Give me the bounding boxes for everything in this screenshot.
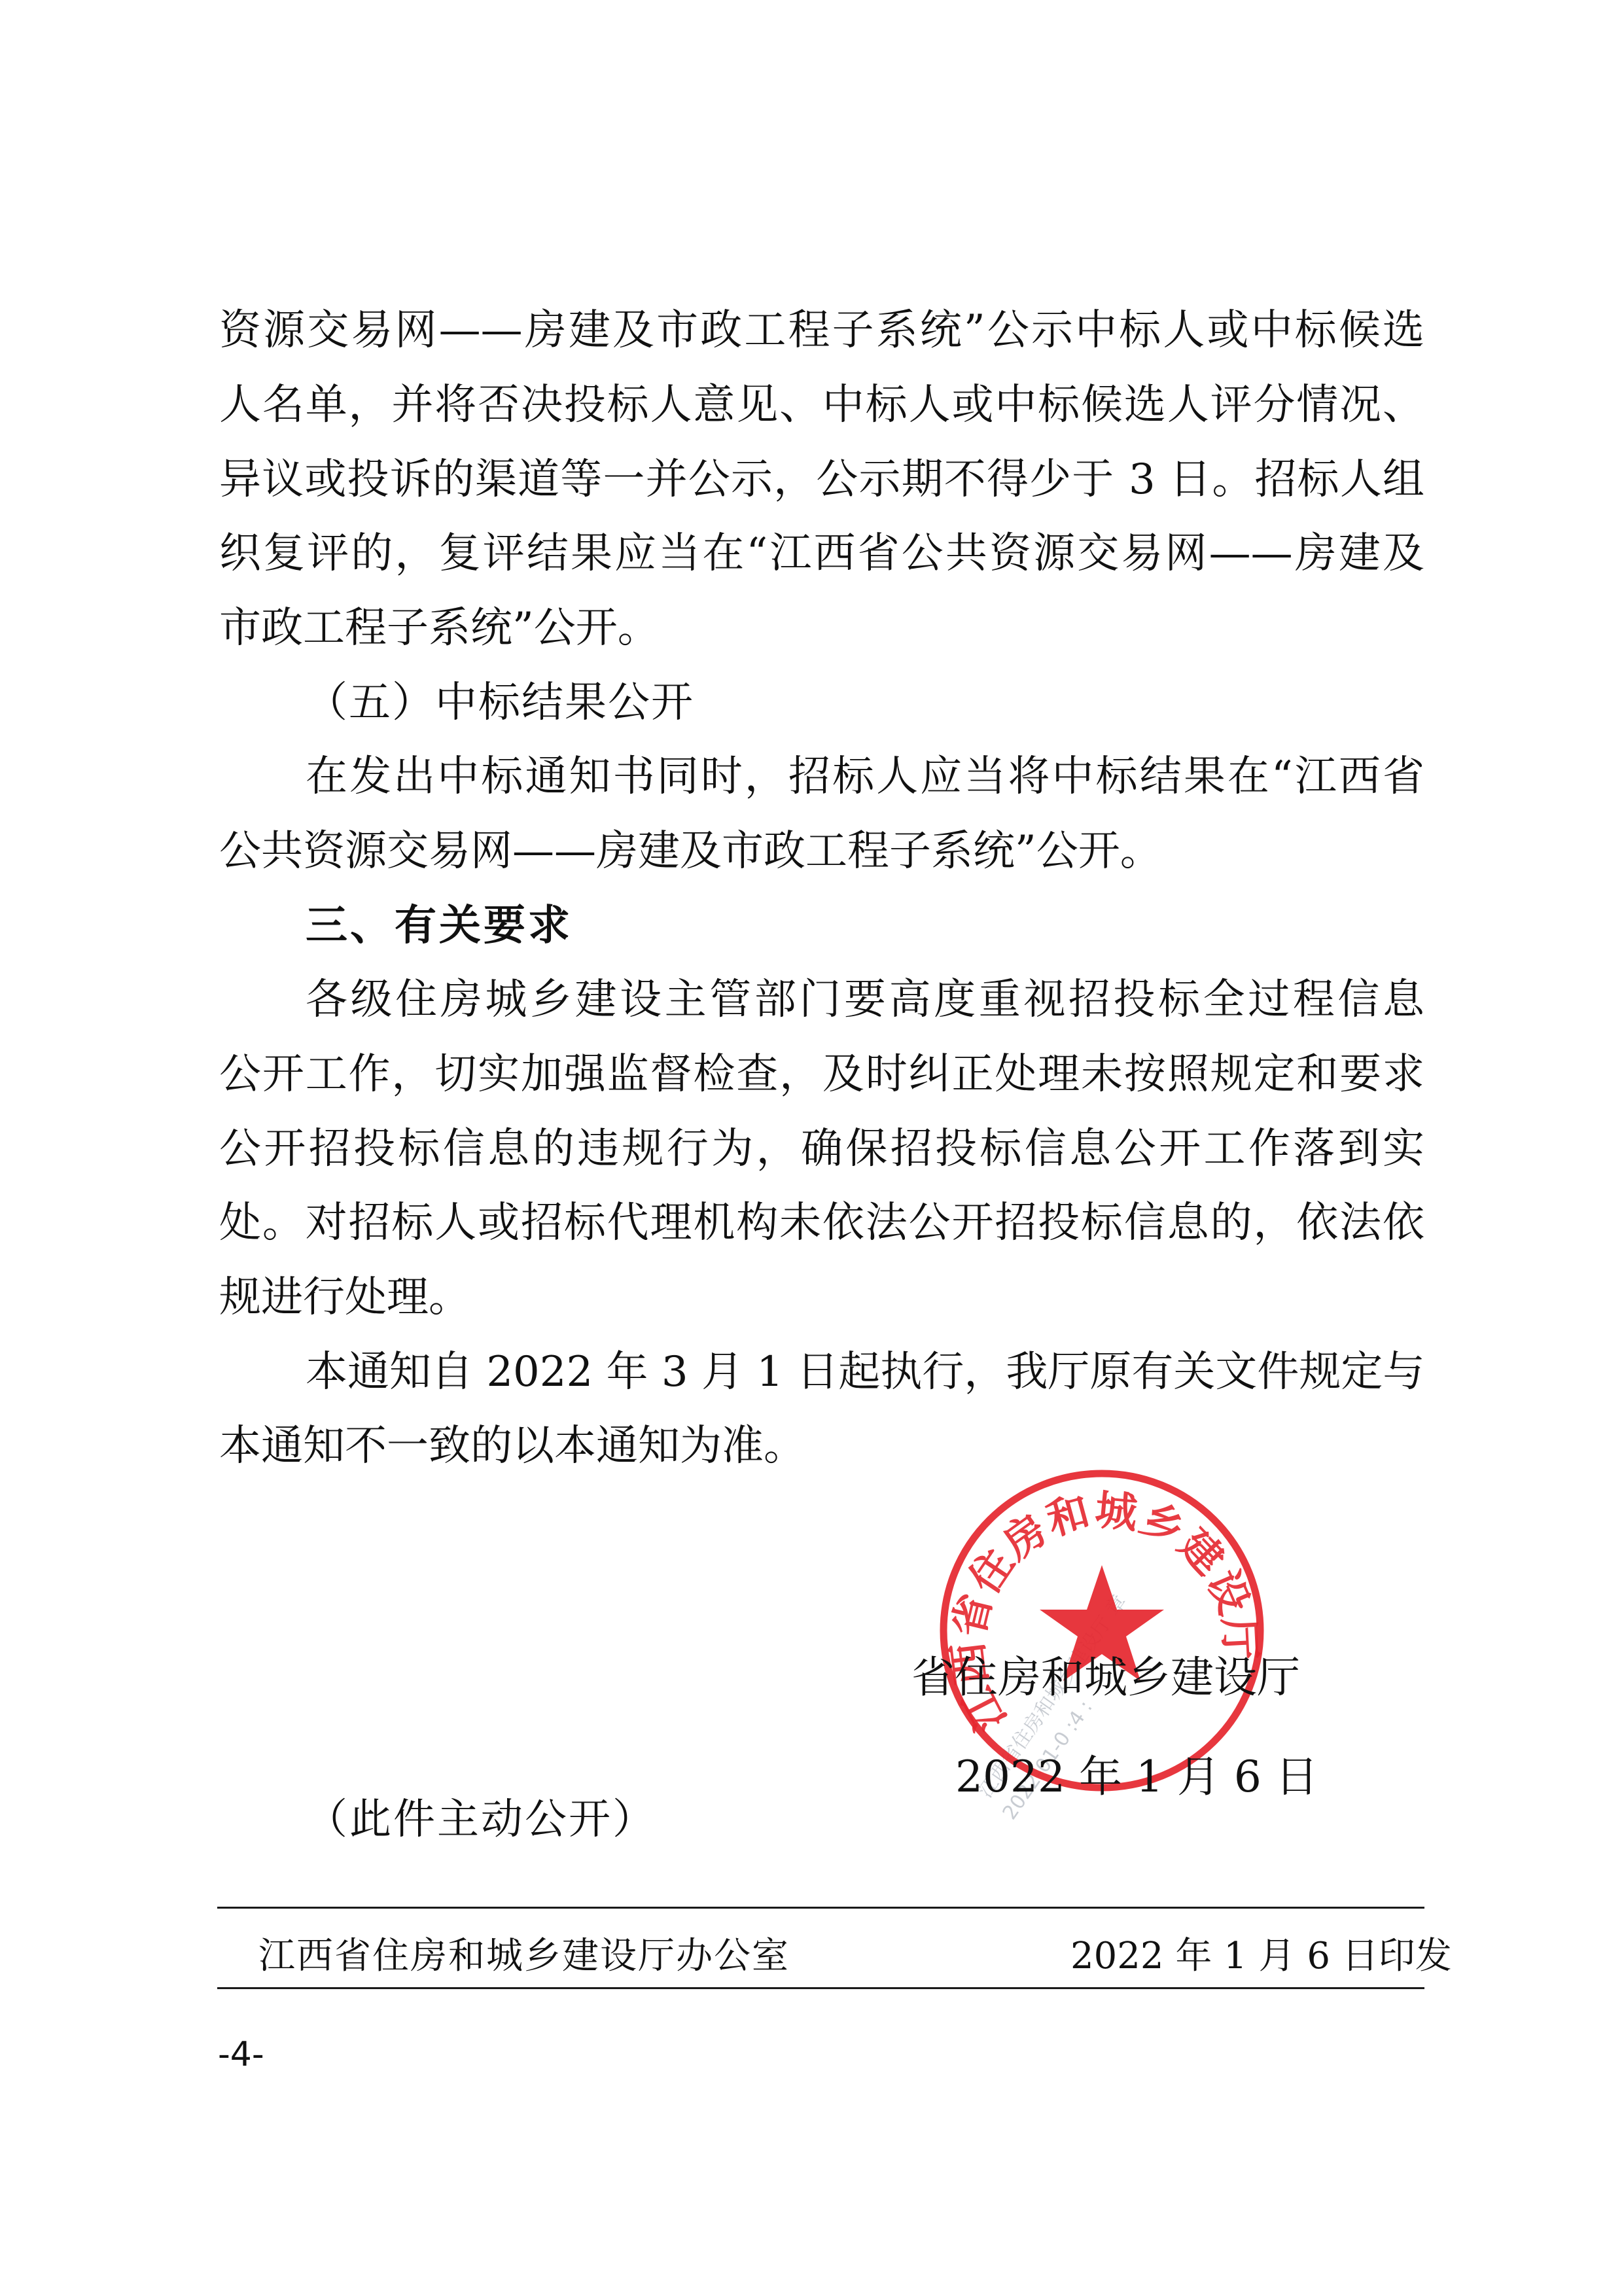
body-line: 各级住房城乡建设主管部门要高度重视招投标全过程信息 xyxy=(306,974,1424,1026)
footer-top-rule xyxy=(217,1907,1424,1909)
body-line: 织复评的，复评结果应当在“江西省公共资源交易网——房建及 xyxy=(219,527,1424,580)
footer-print-date: 2022 年 1 月 6 日印发 xyxy=(1070,1934,1420,1979)
signature-issuer: 省住房和城乡建设厅 xyxy=(911,1651,1297,1704)
document-page: 资源交易网——房建及市政工程子系统”公示中标人或中标候选 人名单，并将否决投标人… xyxy=(0,0,1624,2296)
section-5-heading: （五）中标结果公开 xyxy=(306,677,1424,729)
body-line: 本通知自 2022 年 3 月 1 日起执行，我厅原有关文件规定与 xyxy=(306,1346,1424,1398)
body-line: 公开招投标信息的违规行为，确保招投标信息公开工作落到实 xyxy=(219,1123,1424,1175)
footer-office: 江西省住房和城乡建设厅办公室 xyxy=(258,1934,790,1979)
body-line: 在发出中标通知书同时，招标人应当将中标结果在“江西省 xyxy=(306,751,1424,803)
body-line: 异议或投诉的渠道等一并公示，公示期不得少于 3 日。招标人组 xyxy=(219,453,1424,506)
footer-bottom-rule xyxy=(217,1987,1424,1989)
body-line: 资源交易网——房建及市政工程子系统”公示中标人或中标候选 xyxy=(219,304,1424,357)
body-line: 公开工作，切实加强监督检查，及时纠正处理未按照规定和要求 xyxy=(219,1048,1424,1101)
body-line: 人名单，并将否决投标人意见、中标人或中标候选人评分情况、 xyxy=(219,379,1424,431)
body-line: 公共资源交易网——房建及市政工程子系统”公开。 xyxy=(219,825,1424,877)
section-3-heading: 三、有关要求 xyxy=(306,900,1424,952)
page-number: -4- xyxy=(218,2035,264,2074)
signature-date: 2022 年 1 月 6 日 xyxy=(955,1751,1260,1803)
body-line: 本通知不一致的以本通知为准。 xyxy=(219,1420,1424,1472)
body-line: 规进行处理。 xyxy=(219,1271,1424,1324)
body-line: 处。对招标人或招标代理机构未依法公开招投标信息的，依法依 xyxy=(219,1197,1424,1249)
body-line: 市政工程子系统”公开。 xyxy=(219,602,1424,654)
disclosure-note: （此件主动公开） xyxy=(306,1793,698,1846)
